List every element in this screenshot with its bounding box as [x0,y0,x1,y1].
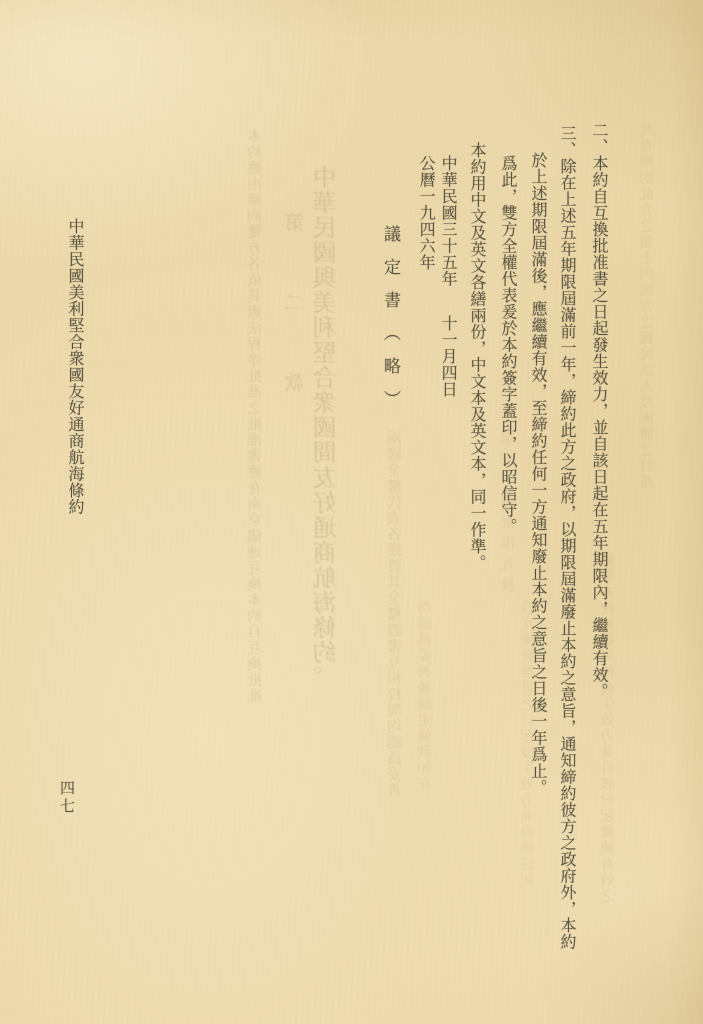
bleed-through-text: 第二款 [287,212,307,452]
page-number: 四七 [58,780,73,816]
side-title: 中華民國美利堅合衆國友好通商航海條約 [66,218,82,515]
language-clause-column: 本約用中文及英文各繕兩份，中文本及英文本，同一作準。 [468,142,484,571]
signing-date-block: 中華民國三十五年十一月四日 公曆一九四六年 [414,155,458,398]
bleed-through-text: 均認爲妥善後議定條款如左 [419,600,434,792]
clause-3-column-1: 三、除在上述五年期限屆滿前一年，締約此方之政府，以期限屆滿廢止本約之意旨，通知締… [558,125,574,950]
date-roc-year: 中華民國三十五年 [439,155,456,287]
bleed-through-text: 中華民國與美利堅合衆國間友好通商航海條約。 [316,165,340,690]
date-roc-day: 十一月四日 [439,287,456,398]
clause-3-column-2: 於上述期限屆滿後，應繼續有效，至締約任何一方通知廢止本約之意旨之日後一年爲止。 [529,152,545,796]
clause-2-column: 二、本約自互換批准書之日起發生效力，並自該日起在五年期限內，繼續有效。 [590,122,606,700]
attestation-column: 爲此，雙方全權代表爰於本約簽字蓋印，以昭信守。 [499,155,515,535]
bleed-through-text: 本約應由締約雙方各依其憲法程序批准之批准書應在南京儘速互換本約自互換批准 [249,128,264,704]
bleed-through-text: 兩國全權代表各經將其全權證書互相校閱均認爲妥善 [389,430,404,798]
date-gregorian-line: 公曆一九四六年 [414,155,436,398]
scanned-treaty-page: 中華民國與美利堅合衆國間友好通商航海條約。 第二款 本約應由締約雙方各依其憲法程… [0,0,703,1024]
date-roc-line: 中華民國三十五年十一月四日 [436,155,458,398]
bleed-through-text: 凡在締約此方之領土內彼方之國民法人及團體之財產 [641,122,656,490]
protocol-note-column: 議定書（略） [382,225,399,423]
